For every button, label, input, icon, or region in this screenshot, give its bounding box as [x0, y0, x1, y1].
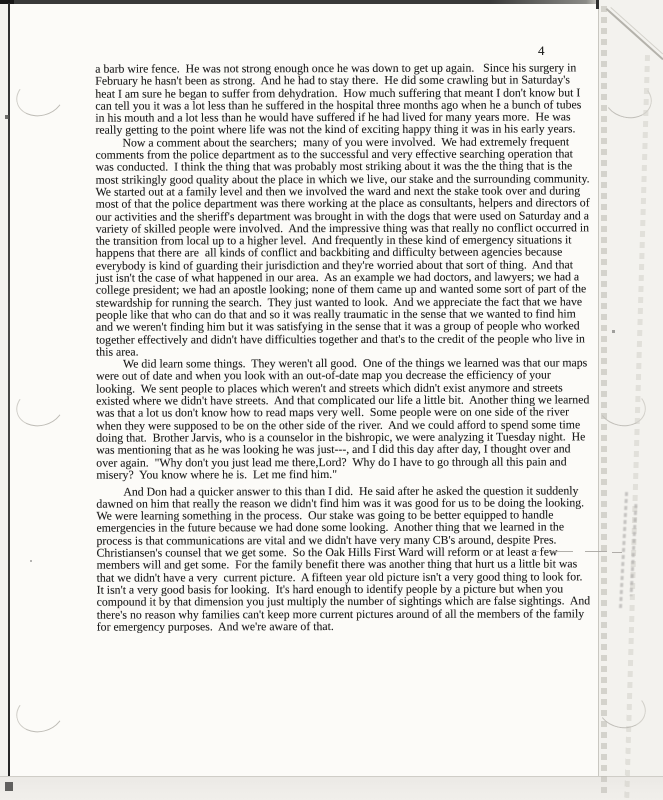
body-paragraph: And Don had a quicker answer to this tha…: [96, 484, 590, 633]
pencil-dash: [612, 552, 622, 553]
body-paragraph: a barb wire fence. He was not strong eno…: [95, 61, 589, 136]
body-paragraph: Now a comment about the searchers; many …: [95, 135, 590, 358]
page-number: 4: [538, 43, 545, 59]
ink-speck: [30, 560, 32, 562]
corner-crease-line: [606, 8, 663, 60]
document-text: a barb wire fence. He was not strong eno…: [95, 61, 590, 632]
ink-speck: [5, 115, 9, 119]
perforation-strip-outer: [624, 55, 650, 800]
pencil-dash: [585, 551, 607, 552]
underlying-page-strip: [0, 777, 663, 800]
pencil-dash: [531, 551, 539, 552]
marginalia-stroke: [630, 504, 637, 596]
scan-top-edge-line: [0, 0, 598, 4]
corner-crease-highlight: [610, 7, 663, 54]
scan-left-edge-line: [8, 3, 10, 789]
body-paragraph: We did learn some things. They weren't a…: [96, 356, 590, 480]
pencil-dash: [547, 551, 573, 552]
ink-speck: [612, 330, 615, 333]
page-right-edge-line: [598, 0, 599, 777]
ink-speck: [5, 782, 13, 791]
document-page: 4 a barb wire fence. He was not strong e…: [10, 3, 598, 777]
scan-background: { "doc": { "page_number": "4", "paragrap…: [0, 0, 663, 800]
page-right-edge-tick: [596, 0, 599, 9]
marginalia-stroke: [619, 492, 628, 610]
